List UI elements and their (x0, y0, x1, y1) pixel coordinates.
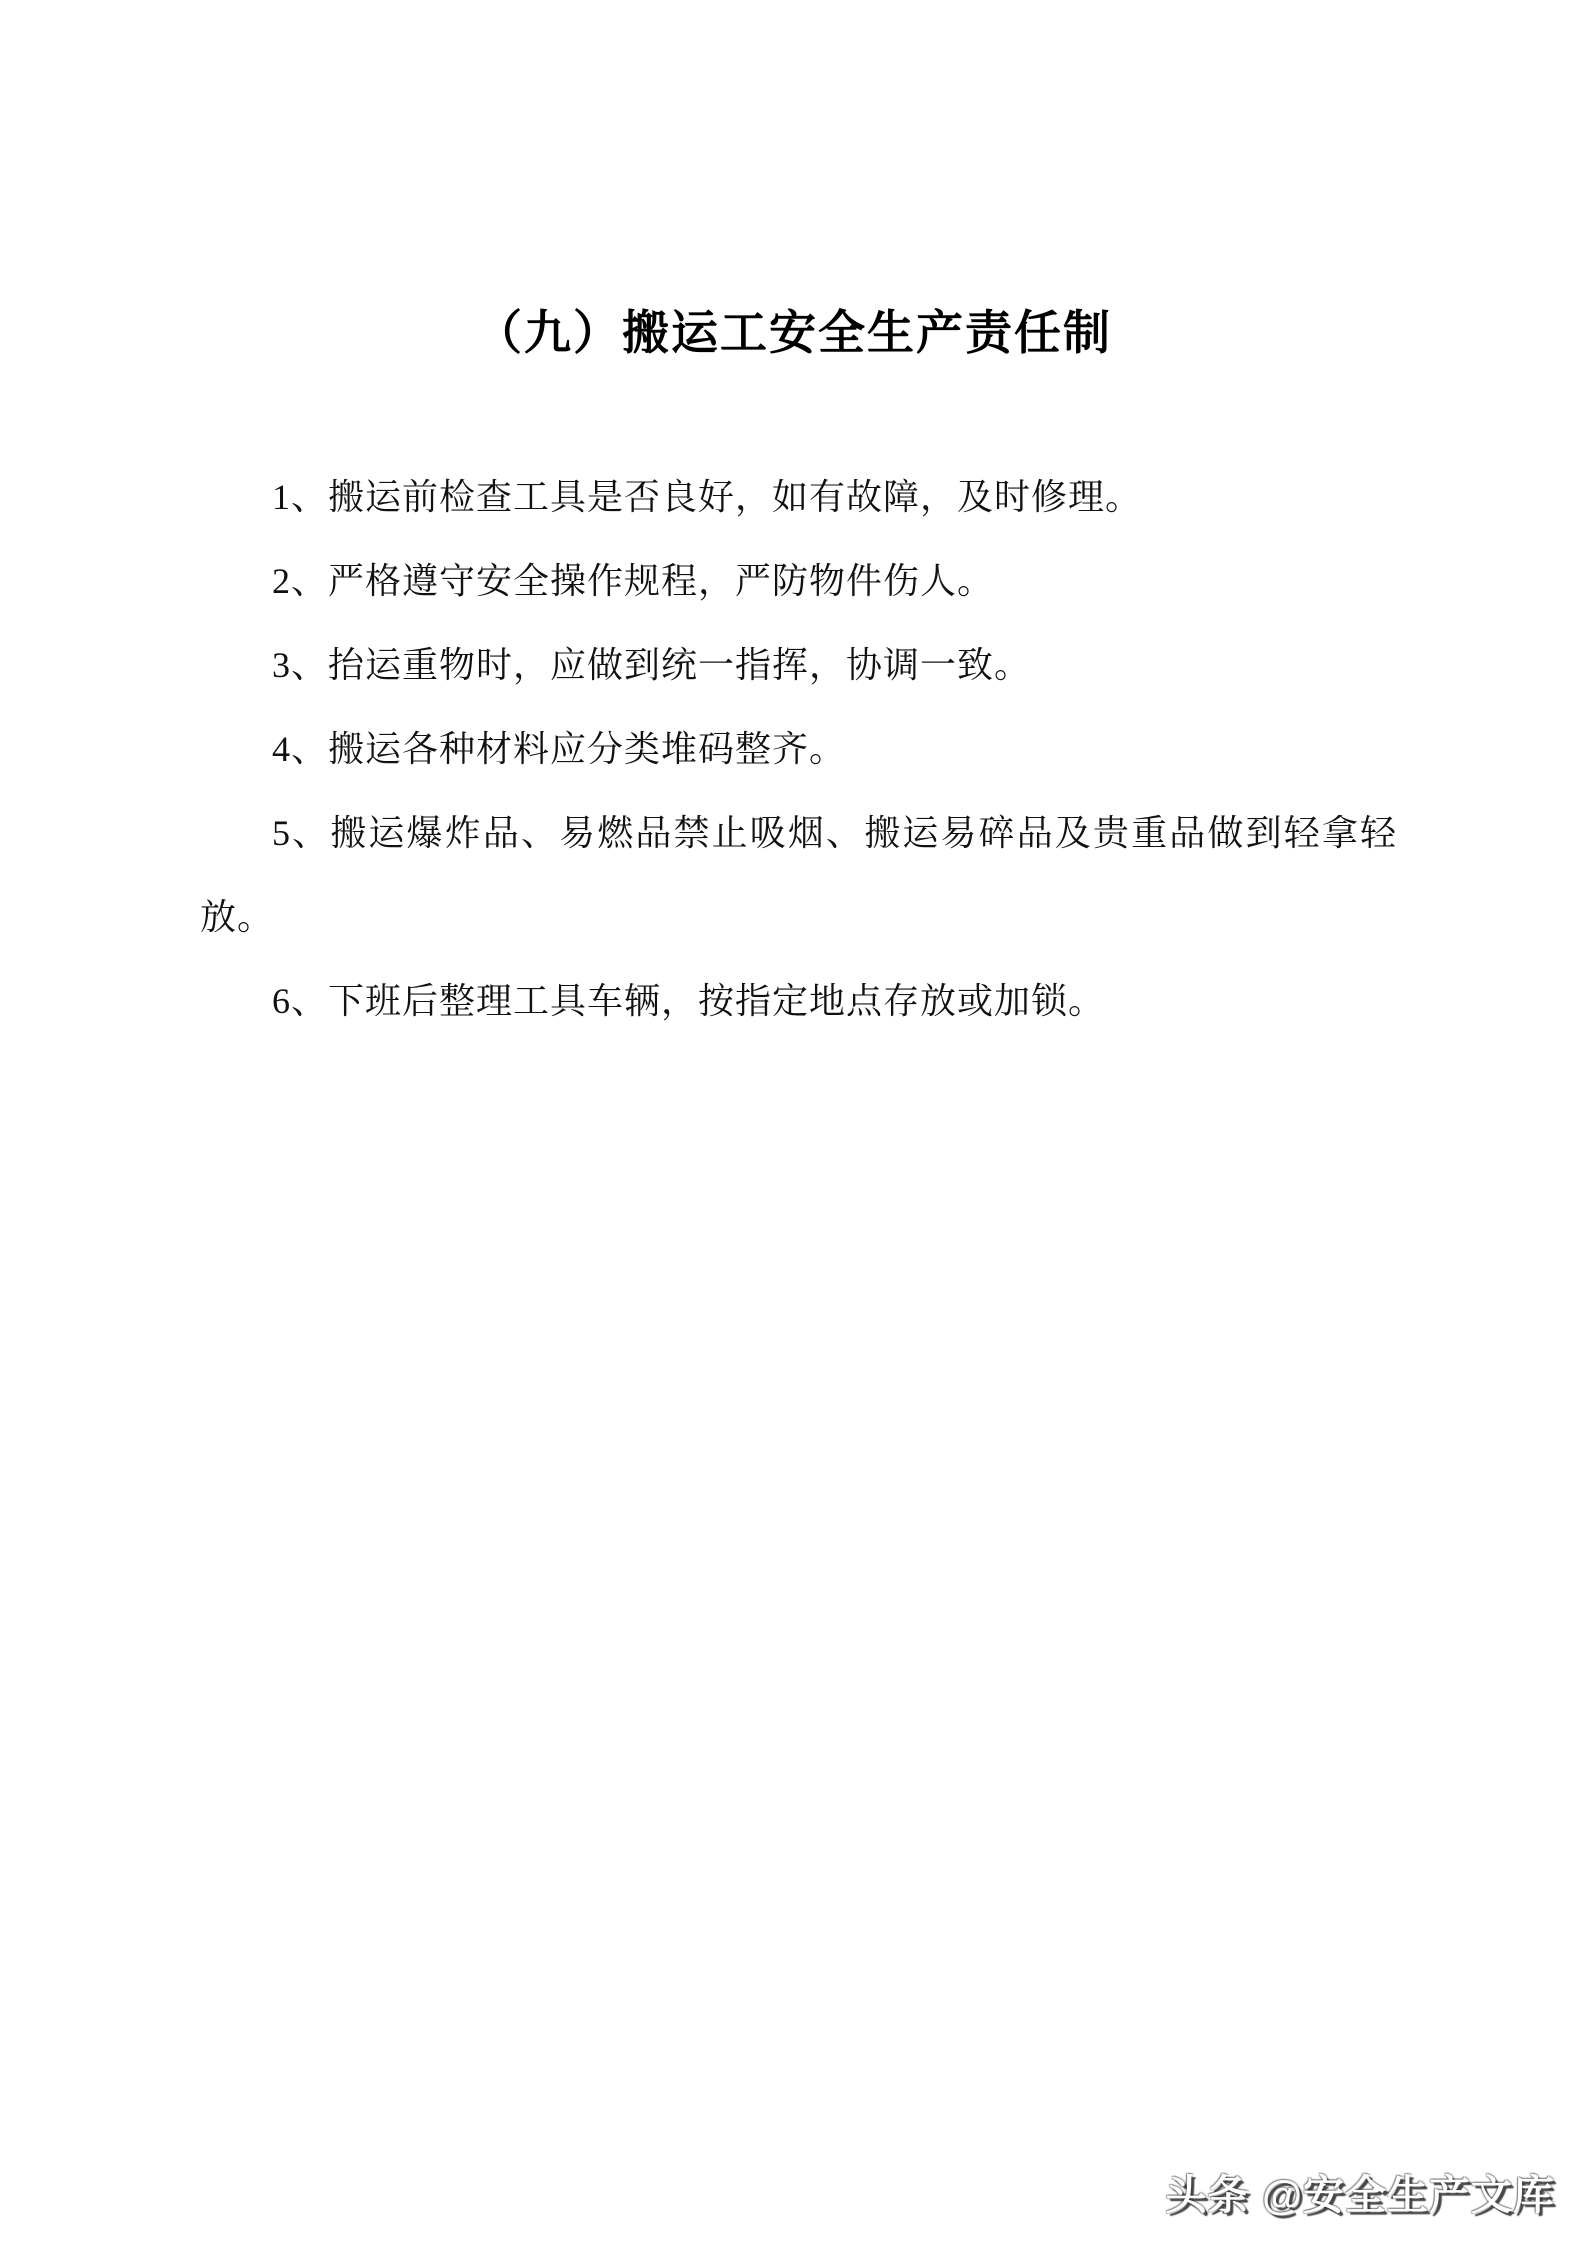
rule-item-5-line-1: 5、搬运爆炸品、易燃品禁止吸烟、搬运易碎品及贵重品做到轻拿轻 (200, 791, 1397, 875)
rule-item-4: 4、搬运各种材料应分类堆码整齐。 (200, 707, 1397, 791)
document-page: （九）搬运工安全生产责任制 1、搬运前检查工具是否良好，如有故障，及时修理。 2… (0, 0, 1587, 2245)
toutiao-watermark: 头条 @安全生产文库 (1166, 2162, 1555, 2221)
rule-item-2: 2、严格遵守安全操作规程，严防物件伤人。 (200, 539, 1397, 623)
rule-item-3: 3、抬运重物时，应做到统一指挥，协调一致。 (200, 623, 1397, 707)
document-body: 1、搬运前检查工具是否良好，如有故障，及时修理。 2、严格遵守安全操作规程，严防… (200, 455, 1397, 1043)
rule-item-1: 1、搬运前检查工具是否良好，如有故障，及时修理。 (200, 455, 1397, 539)
document-title: （九）搬运工安全生产责任制 (0, 296, 1587, 363)
rule-item-5-line-2: 放。 (200, 875, 1397, 959)
rule-item-6: 6、下班后整理工具车辆，按指定地点存放或加锁。 (200, 959, 1397, 1043)
